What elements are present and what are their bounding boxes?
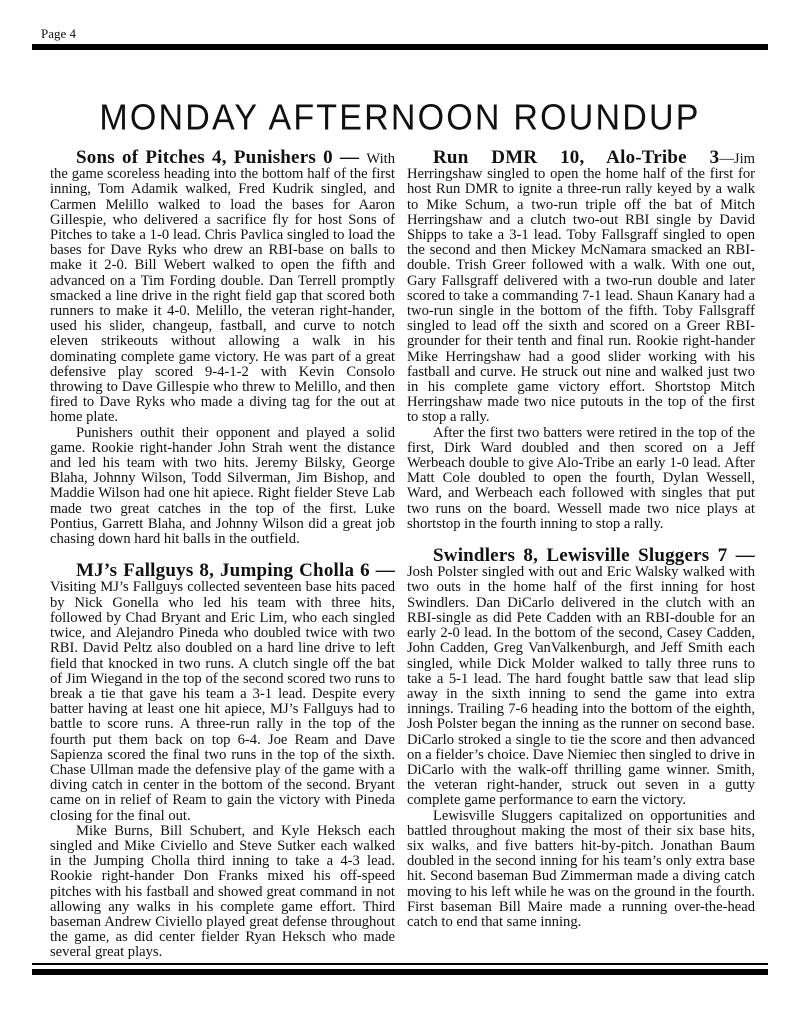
- article-run-dmr: Run DMR 10, Alo-Tribe 3—Jim Herringshaw …: [407, 150, 755, 532]
- footer-rule-thin: [32, 963, 768, 965]
- page-title: MONDAY AFTERNOON ROUNDUP: [0, 98, 800, 139]
- left-column: Sons of Pitches 4, Punishers 0 — With th…: [50, 150, 395, 977]
- article-text: Josh Polster singled with out and Eric W…: [407, 564, 755, 808]
- article-paragraph: Lewisville Sluggers capitalized on oppor…: [407, 809, 755, 931]
- article-text: Jim Herringshaw singled to open the home…: [407, 151, 755, 425]
- page-number: Page 4: [41, 26, 76, 42]
- article-text: Visiting MJ’s Fallguys collected sevente…: [50, 579, 395, 823]
- article-paragraph: Run DMR 10, Alo-Tribe 3—Jim Herringshaw …: [407, 150, 755, 426]
- headline-dash: —: [719, 151, 734, 167]
- footer-rule-thick: [32, 969, 768, 975]
- article-paragraph: Sons of Pitches 4, Punishers 0 — With th…: [50, 150, 395, 426]
- article-sons-of-pitches: Sons of Pitches 4, Punishers 0 — With th…: [50, 150, 395, 547]
- headline-dash: —: [370, 560, 395, 581]
- article-paragraph: After the first two batters were retired…: [407, 426, 755, 532]
- headline-dash: —: [333, 147, 367, 168]
- article-headline: Sons of Pitches 4, Punishers 0: [76, 147, 333, 168]
- article-paragraph: Swindlers 8, Lewisville Sluggers 7 — Jos…: [407, 548, 755, 808]
- article-swindlers: Swindlers 8, Lewisville Sluggers 7 — Jos…: [407, 548, 755, 930]
- article-paragraph: Mike Burns, Bill Schubert, and Kyle Heks…: [50, 824, 395, 961]
- article-headline: Swindlers 8, Lewisville Sluggers 7: [433, 545, 727, 566]
- article-text: With the game scoreless heading into the…: [50, 151, 395, 425]
- article-paragraph: MJ’s Fallguys 8, Jumping Cholla 6 — Visi…: [50, 563, 395, 823]
- headline-dash: —: [727, 545, 755, 566]
- right-column: Run DMR 10, Alo-Tribe 3—Jim Herringshaw …: [407, 150, 755, 946]
- article-paragraph: Punishers outhit their opponent and play…: [50, 426, 395, 548]
- article-headline: MJ’s Fallguys 8, Jumping Cholla 6: [76, 560, 370, 581]
- header-rule: [32, 44, 768, 50]
- article-mjs-fallguys: MJ’s Fallguys 8, Jumping Cholla 6 — Visi…: [50, 563, 395, 960]
- article-headline: Run DMR 10, Alo-Tribe 3: [433, 147, 719, 168]
